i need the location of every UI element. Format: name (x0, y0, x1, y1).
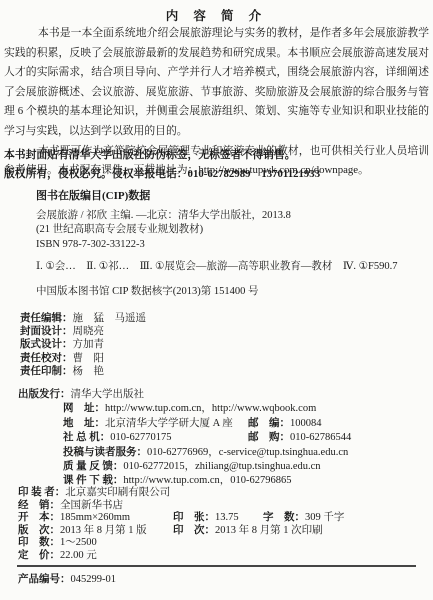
distributor-name: 全国新华书店 (60, 500, 123, 511)
field-label: 印 次： (173, 525, 215, 536)
field-label: 印 张： (173, 512, 215, 523)
publisher-label: 出版发行： (18, 389, 71, 400)
staff-value: 方加青 (73, 339, 105, 350)
printer-name: 北京嘉实印刷有限公司 (65, 487, 170, 498)
edition-row: 版 次：2013 年 8 月第 1 版印 次：2013 年 8 月第 1 次印刷 (0, 525, 433, 538)
publisher-address: 北京清华大学学研大厦 A 座 (105, 418, 233, 429)
cip-series-line: (21 世纪高职高专会展专业规划教材) (36, 223, 426, 237)
staff-value: 施 猛 马遥遥 (73, 313, 147, 324)
impression-group: 印 次：2013 年 8 月第 1 次印刷 (173, 525, 323, 538)
staff-value: 杨 艳 (73, 366, 105, 377)
page-title: 内 容 简 介 (0, 6, 433, 24)
field-label: 投稿与读者服务： (63, 447, 147, 458)
field-label: 社 总 机： (63, 432, 110, 443)
staff-label: 封面设计： (20, 326, 73, 337)
cip-record-number: 中国版本图书馆 CIP 数据核字(2013)第 151400 号 (36, 283, 258, 298)
reader-service-row: 投稿与读者服务：010-62776969，c-service@tup.tsing… (0, 446, 433, 460)
cip-heading: 图书在版编目(CIP)数据 (36, 187, 150, 203)
staff-row-editor: 责任编辑：施 猛 马遥遥 (20, 312, 146, 325)
edition-info: 2013 年 8 月第 1 版 (60, 525, 147, 536)
mail-order-phone: 010-62786544 (290, 432, 351, 443)
staff-row-proofreader: 责任校对：曹 阳 (20, 352, 146, 365)
sheet-count: 13.75 (215, 512, 239, 523)
publisher-address-row: 地 址：北京清华大学学研大厦 A 座邮 编：100084 (0, 417, 433, 431)
sheet-count-group: 印 张：13.75 (173, 512, 239, 525)
postal-code: 100084 (290, 418, 322, 429)
staff-value: 周晓亮 (73, 326, 105, 337)
reader-service-contact: 010-62776969，c-service@tup.tsinghua.edu.… (147, 447, 348, 458)
staff-value: 曹 阳 (73, 353, 105, 364)
field-label: 邮 购： (248, 432, 290, 443)
cip-classification: Ⅰ. ①会… Ⅱ. ①祁… Ⅲ. ①展览会—旅游—高等职业教育—教材 Ⅳ. ①F… (36, 258, 398, 273)
staff-credits: 责任编辑：施 猛 马遥遥 封面设计：周晓亮 版式设计：方加青 责任校对：曹 阳 … (20, 312, 146, 378)
product-code-value: 045299-01 (71, 574, 117, 585)
publisher-website-row: 网 址：http://www.tup.com.cn，http://www.wqb… (0, 402, 433, 416)
mail-order-group: 邮 购：010-62786544 (248, 431, 351, 445)
publisher-row: 出版发行：清华大学出版社 (0, 388, 433, 402)
field-label: 版 次： (18, 525, 60, 536)
field-label: 定 价： (18, 550, 60, 561)
field-label: 质 量 反 馈： (63, 461, 123, 472)
publisher-switchboard-row: 社 总 机：010-62770175邮 购：010-62786544 (0, 431, 433, 445)
staff-row-print-supervisor: 责任印制：杨 艳 (20, 365, 146, 378)
book-format: 185mm×260mm (60, 512, 130, 523)
staff-label: 责任校对： (20, 353, 73, 364)
product-code-row: 产品编号：045299-01 (18, 573, 116, 586)
field-label: 地 址： (63, 418, 105, 429)
price-row: 定 价：22.00 元 (0, 550, 433, 563)
quality-feedback-row: 质 量 反 馈：010-62772015，zhiliang@tup.tsingh… (0, 460, 433, 474)
print-run: 1～2500 (60, 537, 97, 548)
field-label: 经 销： (18, 500, 60, 511)
cip-isbn: ISBN 978-7-302-33122-3 (36, 238, 426, 252)
field-label: 网 址： (63, 403, 105, 414)
staff-label: 责任印制： (20, 366, 73, 377)
cip-data-block: 会展旅游 / 祁欣 主编. —北京：清华大学出版社，2013.8 (21 世纪高… (36, 209, 426, 252)
printer-row: 印 装 者：北京嘉实印刷有限公司 (0, 487, 433, 500)
intro-paragraph-1: 本书是一本全面系统地介绍会展旅游理论与实务的教材，是作者多年会展旅游教学实践的积… (4, 24, 429, 142)
publisher-block: 出版发行：清华大学出版社 网 址：http://www.tup.com.cn，h… (0, 388, 433, 489)
cip-title-line: 会展旅游 / 祁欣 主编. —北京：清华大学出版社，2013.8 (36, 209, 426, 223)
quality-feedback-contact: 010-62772015，zhiliang@tup.tsinghua.edu.c… (123, 461, 320, 472)
switchboard-phone: 010-62770175 (110, 432, 171, 443)
publisher-name: 清华大学出版社 (71, 389, 145, 400)
staff-row-cover-design: 封面设计：周晓亮 (20, 325, 146, 338)
product-code-label: 产品编号： (18, 574, 71, 585)
word-count-group: 字 数：309 千字 (263, 512, 344, 525)
legal-notices: 本书封面贴有清华大学出版社防伪标签，无标签者不得销售。 版权所有，侵权必究。侵权… (4, 146, 429, 184)
field-label: 开 本： (18, 512, 60, 523)
postal-code-group: 邮 编：100084 (248, 417, 322, 431)
anti-piracy-notice: 本书封面贴有清华大学出版社防伪标签，无标签者不得销售。 (4, 146, 429, 165)
field-label: 印 装 者： (18, 487, 65, 498)
impression-info: 2013 年 8 月第 1 次印刷 (215, 525, 323, 536)
distributor-row: 经 销：全国新华书店 (0, 500, 433, 513)
format-row: 开 本：185mm×260mm印 张：13.75字 数：309 千字 (0, 512, 433, 525)
divider-rule (17, 565, 416, 567)
field-label: 印 数： (18, 537, 60, 548)
print-run-row: 印 数：1～2500 (0, 537, 433, 550)
staff-label: 版式设计： (20, 339, 73, 350)
field-label: 课 件 下 载： (63, 475, 123, 486)
staff-label: 责任编辑： (20, 313, 73, 324)
printing-info-block: 印 装 者：北京嘉实印刷有限公司 经 销：全国新华书店 开 本：185mm×26… (0, 487, 433, 563)
field-label: 邮 编： (248, 418, 290, 429)
publisher-website: http://www.tup.com.cn，http://www.wqbook.… (105, 403, 316, 414)
field-label: 字 数： (263, 512, 305, 523)
courseware-download-info: http://www.tup.com.cn，010-62796865 (123, 475, 291, 486)
copyright-notice: 版权所有，侵权必究。侵权举报电话：010-62782989 1370112193… (4, 165, 429, 184)
price: 22.00 元 (60, 550, 97, 561)
staff-row-layout-design: 版式设计：方加青 (20, 338, 146, 351)
word-count: 309 千字 (305, 512, 344, 523)
